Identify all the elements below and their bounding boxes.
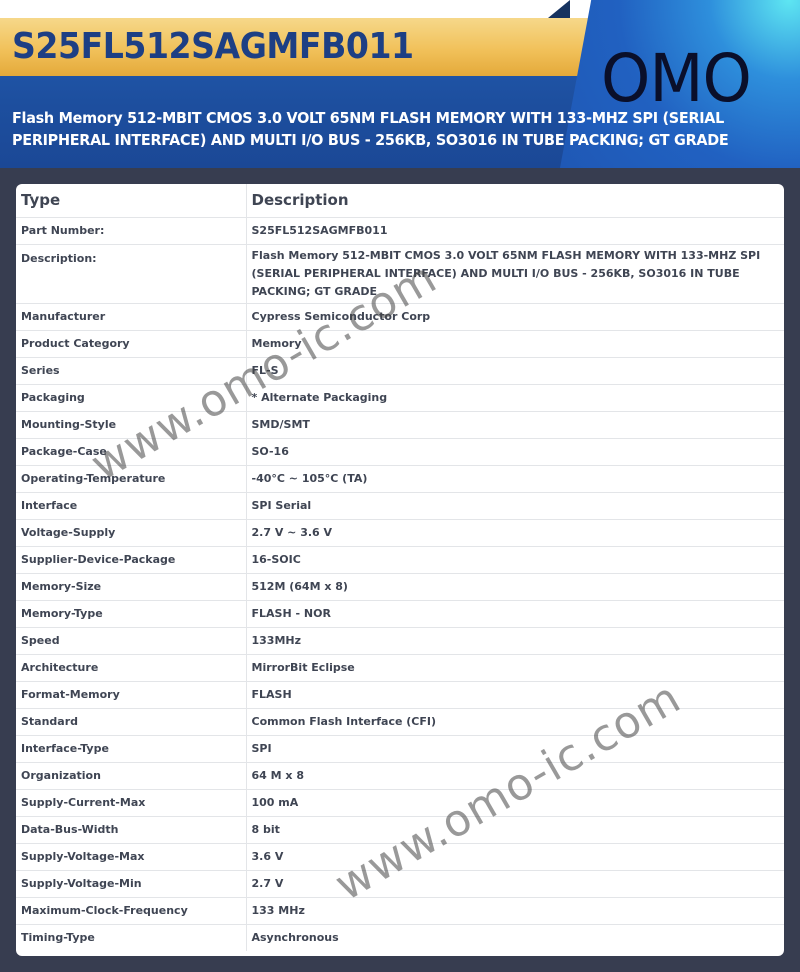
spec-value: -40°C ~ 105°C (TA) [246, 465, 784, 492]
spec-label: Package-Case [16, 438, 246, 465]
spec-value: Asynchronous [246, 924, 784, 951]
spec-table-body: Part Number:S25FL512SAGMFB011Description… [16, 217, 784, 951]
table-row: Supply-Voltage-Max3.6 V [16, 843, 784, 870]
spec-label: Mounting-Style [16, 411, 246, 438]
spec-table: Type Description Part Number:S25FL512SAG… [16, 184, 784, 951]
spec-label: Supply-Voltage-Max [16, 843, 246, 870]
table-row: ManufacturerCypress Semiconductor Corp [16, 303, 784, 330]
spec-value: Flash Memory 512-MBIT CMOS 3.0 VOLT 65NM… [246, 244, 784, 303]
spec-label: Description: [16, 244, 246, 303]
table-row: Memory-Size512M (64M x 8) [16, 573, 784, 600]
header-banner: S25FL512SAGMFB011 OMO Flash Memory 512-M… [0, 0, 800, 168]
spec-value: 2.7 V [246, 870, 784, 897]
part-number-title: S25FL512SAGMFB011 [12, 26, 414, 67]
spec-value: 16-SOIC [246, 546, 784, 573]
table-row: Packaging* Alternate Packaging [16, 384, 784, 411]
table-row: Description:Flash Memory 512-MBIT CMOS 3… [16, 244, 784, 303]
spec-label: Maximum-Clock-Frequency [16, 897, 246, 924]
spec-label: Product Category [16, 330, 246, 357]
table-row: Organization64 M x 8 [16, 762, 784, 789]
spec-label: Interface [16, 492, 246, 519]
spec-value: 8 bit [246, 816, 784, 843]
spec-label: Standard [16, 708, 246, 735]
spec-label: Voltage-Supply [16, 519, 246, 546]
spec-value: 2.7 V ~ 3.6 V [246, 519, 784, 546]
spec-value: FLASH [246, 681, 784, 708]
spec-label: Supplier-Device-Package [16, 546, 246, 573]
table-row: InterfaceSPI Serial [16, 492, 784, 519]
table-row: Timing-TypeAsynchronous [16, 924, 784, 951]
spec-label: Memory-Size [16, 573, 246, 600]
spec-label: Supply-Voltage-Min [16, 870, 246, 897]
spec-label: Timing-Type [16, 924, 246, 951]
spec-value: S25FL512SAGMFB011 [246, 217, 784, 244]
spec-value: 3.6 V [246, 843, 784, 870]
spec-label: Data-Bus-Width [16, 816, 246, 843]
spec-label: Format-Memory [16, 681, 246, 708]
spec-label: Architecture [16, 654, 246, 681]
spec-value: Common Flash Interface (CFI) [246, 708, 784, 735]
table-row: Supplier-Device-Package16-SOIC [16, 546, 784, 573]
spec-value: SO-16 [246, 438, 784, 465]
spec-value: 133 MHz [246, 897, 784, 924]
spec-value: 100 mA [246, 789, 784, 816]
spec-label: Memory-Type [16, 600, 246, 627]
column-header-type: Type [16, 184, 246, 217]
spec-value: SPI Serial [246, 492, 784, 519]
table-row: Supply-Voltage-Min2.7 V [16, 870, 784, 897]
table-row: ArchitectureMirrorBit Eclipse [16, 654, 784, 681]
spec-value: Memory [246, 330, 784, 357]
table-row: Operating-Temperature-40°C ~ 105°C (TA) [16, 465, 784, 492]
spec-value: FLASH - NOR [246, 600, 784, 627]
spec-value: * Alternate Packaging [246, 384, 784, 411]
table-row: Interface-TypeSPI [16, 735, 784, 762]
table-row: Data-Bus-Width8 bit [16, 816, 784, 843]
spec-value: SMD/SMT [246, 411, 784, 438]
spec-label: Organization [16, 762, 246, 789]
spec-label: Packaging [16, 384, 246, 411]
table-row: StandardCommon Flash Interface (CFI) [16, 708, 784, 735]
spec-value: 512M (64M x 8) [246, 573, 784, 600]
spec-value: FL-S [246, 357, 784, 384]
spec-value: MirrorBit Eclipse [246, 654, 784, 681]
product-subtitle: Flash Memory 512-MBIT CMOS 3.0 VOLT 65NM… [12, 107, 770, 151]
spec-value: 64 M x 8 [246, 762, 784, 789]
table-row: Format-MemoryFLASH [16, 681, 784, 708]
spec-value: 133MHz [246, 627, 784, 654]
spec-value: Cypress Semiconductor Corp [246, 303, 784, 330]
table-row: Package-CaseSO-16 [16, 438, 784, 465]
spec-value: SPI [246, 735, 784, 762]
spec-label: Supply-Current-Max [16, 789, 246, 816]
table-header-row: Type Description [16, 184, 784, 217]
table-row: Maximum-Clock-Frequency133 MHz [16, 897, 784, 924]
spec-table-card: Type Description Part Number:S25FL512SAG… [16, 184, 784, 956]
table-row: Product CategoryMemory [16, 330, 784, 357]
table-row: Mounting-StyleSMD/SMT [16, 411, 784, 438]
spec-label: Operating-Temperature [16, 465, 246, 492]
table-row: Memory-TypeFLASH - NOR [16, 600, 784, 627]
spec-label: Series [16, 357, 246, 384]
column-header-description: Description [246, 184, 784, 217]
omo-logo: OMO [601, 44, 751, 114]
table-row: SeriesFL-S [16, 357, 784, 384]
spec-label: Manufacturer [16, 303, 246, 330]
table-row: Speed133MHz [16, 627, 784, 654]
table-row: Voltage-Supply2.7 V ~ 3.6 V [16, 519, 784, 546]
spec-label: Interface-Type [16, 735, 246, 762]
table-row: Supply-Current-Max100 mA [16, 789, 784, 816]
table-row: Part Number:S25FL512SAGMFB011 [16, 217, 784, 244]
spec-label: Speed [16, 627, 246, 654]
spec-label: Part Number: [16, 217, 246, 244]
